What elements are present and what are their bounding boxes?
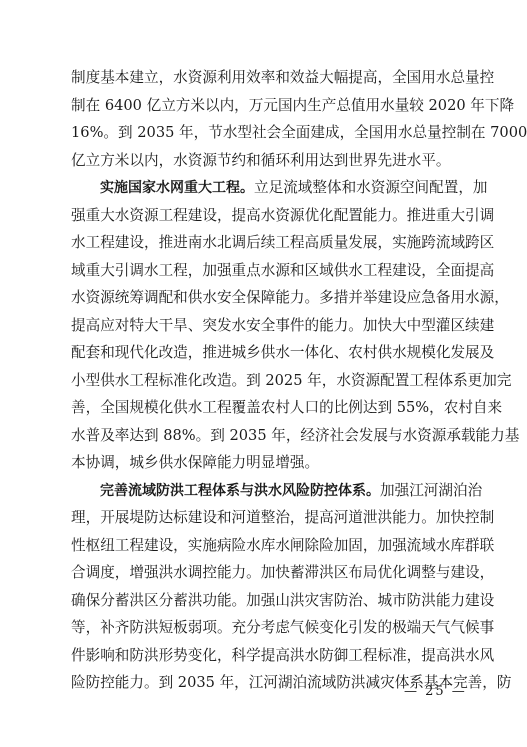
- paragraph-heading: 实施国家水网重大工程。: [100, 180, 254, 196]
- text-line: 配套和现代化改造，推进城乡供水一体化、农村供水规模化发展及: [71, 339, 459, 367]
- text-line: 强重大水资源工程建设，提高水资源优化配置能力。推进重大引调: [71, 202, 459, 230]
- paragraph-first-line-text: 加强江河湖泊治: [380, 482, 482, 499]
- text-line: 性枢纽工程建设，实施病险水库水闸除险加固，加强流域水库群联: [71, 532, 459, 560]
- text-line: 件影响和防洪形势变化，科学提高洪水防御工程标准，提高洪水风: [71, 642, 459, 670]
- text-line: 合调度，增强洪水调控能力。加快蓄滞洪区布局优化调整与建设，: [71, 559, 459, 587]
- text-line: 域重大引调水工程，加强重点水源和区域供水工程建设，全面提高: [71, 257, 459, 285]
- text-line: 确保分蓄洪区分蓄洪功能。加强山洪灾害防治、城市防洪能力建设: [71, 587, 459, 615]
- paragraph-heading: 完善流域防洪工程体系与洪水风险防控体系。: [100, 483, 380, 499]
- text-line: 16%。到 2035 年，节水型社会全面建成，全国用水总量控制在 7000: [71, 119, 459, 147]
- paragraph-flood-control-system: 完善流域防洪工程体系与洪水风险防控体系。加强江河湖泊治 理，开展堤防达标建设和河…: [71, 477, 459, 697]
- text-line: 水普及率达到 88%。到 2035 年，经济社会发展与水资源承载能力基: [71, 422, 459, 450]
- text-line: 理，开展堤防达标建设和河道整治，提高河道泄洪能力。加快控制: [71, 504, 459, 532]
- paragraph-water-conservation-targets: 制度基本建立，水资源利用效率和效益大幅提高，全国用水总量控 制在 6400 亿立…: [71, 64, 459, 174]
- document-page: 制度基本建立，水资源利用效率和效益大幅提高，全国用水总量控 制在 6400 亿立…: [71, 64, 459, 697]
- text-line: 等，补齐防洪短板弱项。充分考虑气候变化引发的极端天气气候事: [71, 614, 459, 642]
- text-line: 水资源统筹调配和供水安全保障能力。多措并举建设应急备用水源，: [71, 284, 459, 312]
- text-line: 小型供水工程标准化改造。到 2025 年，水资源配置工程体系更加完: [71, 367, 459, 395]
- page-number: — 25 —: [404, 684, 467, 699]
- paragraph-first-line-text: 立足流域整体和水资源空间配置，加: [254, 179, 488, 196]
- text-line: 制度基本建立，水资源利用效率和效益大幅提高，全国用水总量控: [71, 64, 459, 92]
- text-line: 制在 6400 亿立方米以内，万元国内生产总值用水量较 2020 年下降: [71, 92, 459, 120]
- text-line: 险防控能力。到 2035 年，江河湖泊流域防洪减灾体系基本完善，防: [71, 669, 459, 697]
- paragraph-first-line: 实施国家水网重大工程。立足流域整体和水资源空间配置，加: [71, 174, 459, 202]
- paragraph-first-line: 完善流域防洪工程体系与洪水风险防控体系。加强江河湖泊治: [71, 477, 459, 505]
- text-line: 提高应对特大干旱、突发水安全事件的能力。加快大中型灌区续建: [71, 312, 459, 340]
- paragraph-national-water-network: 实施国家水网重大工程。立足流域整体和水资源空间配置，加 强重大水资源工程建设，提…: [71, 174, 459, 477]
- text-line: 善，全国规模化供水工程覆盖农村人口的比例达到 55%，农村自来: [71, 394, 459, 422]
- text-line: 本协调，城乡供水保障能力明显增强。: [71, 449, 459, 477]
- text-line: 水工程建设，推进南水北调后续工程高质量发展，实施跨流域跨区: [71, 229, 459, 257]
- text-line: 亿立方米以内，水资源节约和循环利用达到世界先进水平。: [71, 147, 459, 175]
